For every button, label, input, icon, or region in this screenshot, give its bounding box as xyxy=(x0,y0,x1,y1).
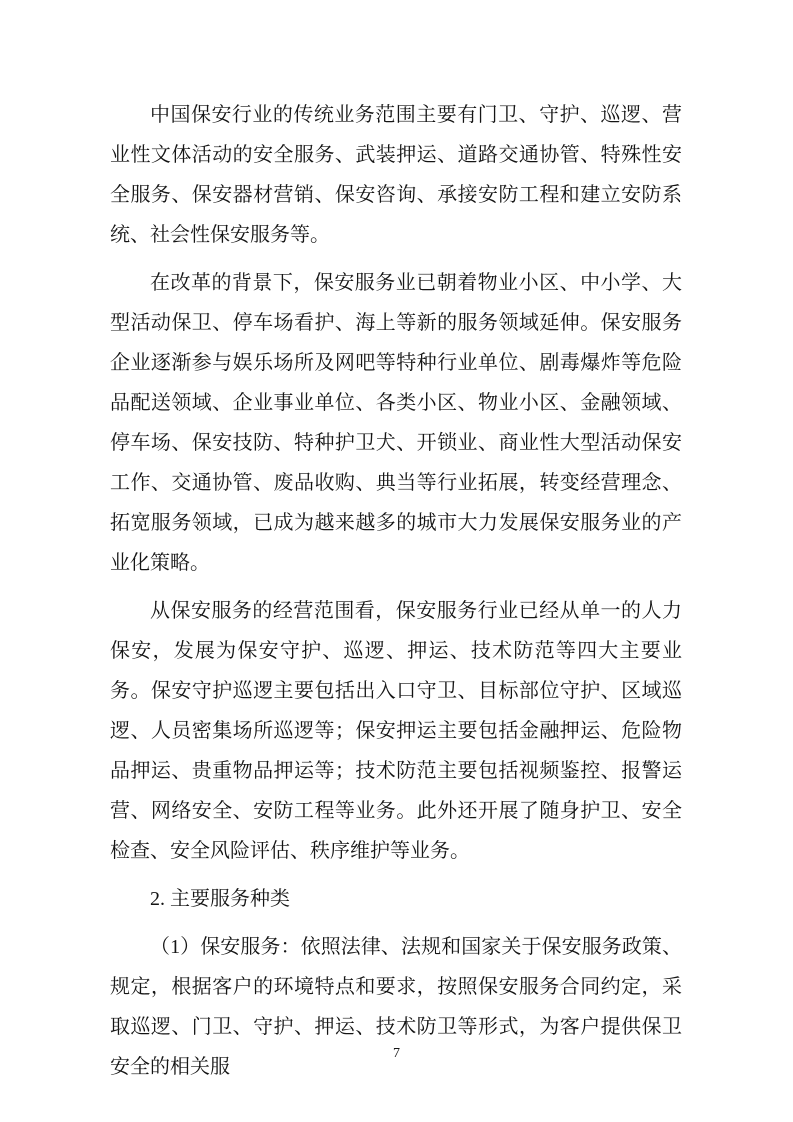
document-page: 中国保安行业的传统业务范围主要有门卫、守护、巡逻、营业性文体活动的安全服务、武装… xyxy=(0,0,793,1122)
paragraph-traditional-business-scope: 中国保安行业的传统业务范围主要有门卫、守护、巡逻、营业性文体活动的安全服务、武装… xyxy=(110,95,682,255)
page-number: 7 xyxy=(393,1046,400,1061)
paragraph-reform-background: 在改革的背景下，保安服务业已朝着物业小区、中小学、大型活动保卫、停车场看护、海上… xyxy=(110,263,682,583)
document-body: 中国保安行业的传统业务范围主要有门卫、守护、巡逻、营业性文体活动的安全服务、武装… xyxy=(110,95,682,1095)
paragraph-business-categories: 从保安服务的经营范围看，保安服务行业已经从单一的人力保安，发展为保安守护、巡逻、… xyxy=(110,591,682,871)
paragraph-security-service-definition: （1）保安服务：依照法律、法规和国家关于保安服务政策、规定，根据客户的环境特点和… xyxy=(110,927,682,1087)
page-footer: 7 xyxy=(0,1044,793,1062)
section-heading-main-service-types: 2. 主要服务种类 xyxy=(110,879,682,919)
